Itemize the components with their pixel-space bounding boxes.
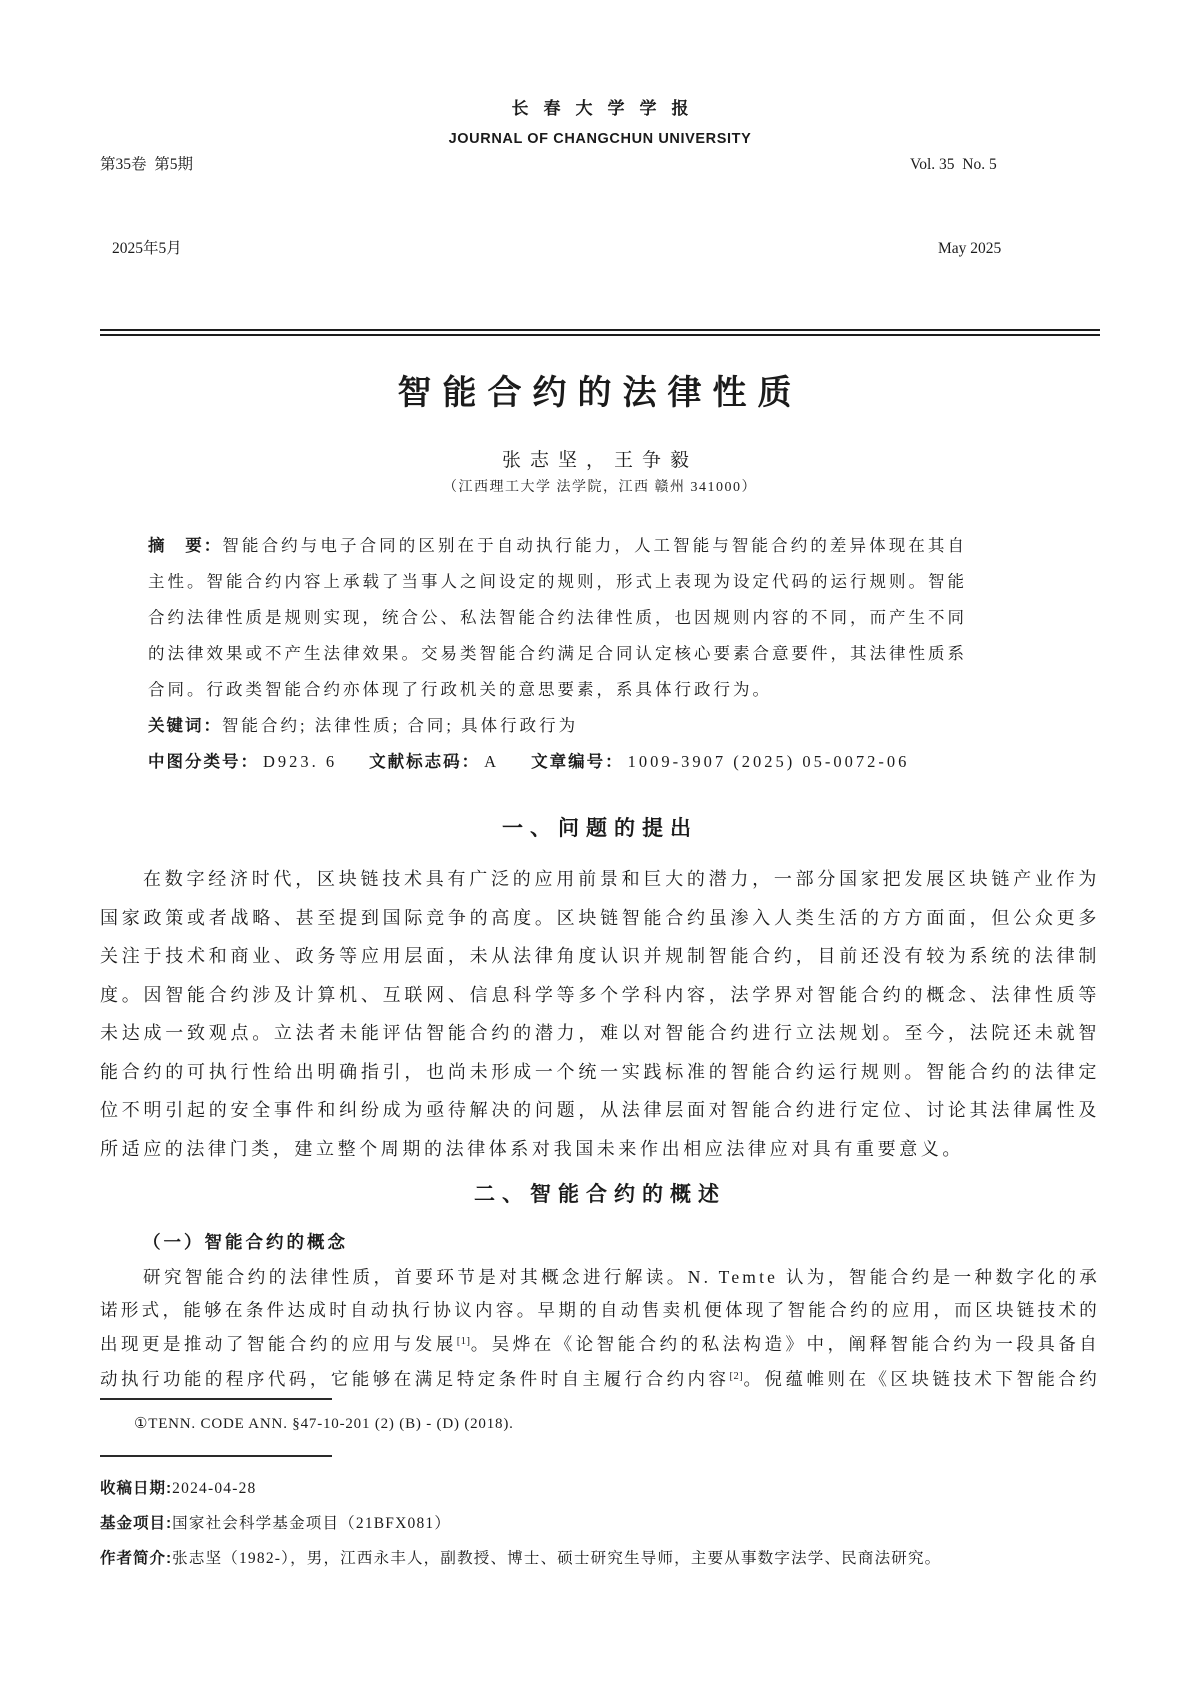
article-affiliation: （江西理工大学 法学院，江西 赣州 341000） xyxy=(100,478,1100,498)
fund-project-label: 基金项目: xyxy=(100,1515,172,1532)
page-footer: ①TENN. CODE ANN. §47-10-201 (2) (B) - (D… xyxy=(100,1398,1100,1576)
doc-code-label: 文献标志码： xyxy=(369,753,480,771)
author-notes: 收稿日期:2024-04-28 基金项目:国家社会科学基金项目（21BFX081… xyxy=(100,1471,1100,1576)
article-meta-line: 中图分类号：D923. 6文献标志码：A文章编号：1009-3907 (2025… xyxy=(148,744,967,780)
abstract-paragraph: 摘 要：智能合约与电子合同的区别在于自动执行能力，人工智能与智能合约的差异体现在… xyxy=(148,528,967,708)
doc-code-value: A xyxy=(484,752,499,771)
received-date-value: 2024-04-28 xyxy=(172,1480,256,1497)
keywords-text: 智能合约; 法律性质; 合同; 具体行政行为 xyxy=(222,716,578,735)
page-content: 第35卷 第5期 2025年5月 长春大学学报 JOURNAL OF CHANG… xyxy=(0,0,1200,1497)
keywords-line: 关键词：智能合约; 法律性质; 合同; 具体行政行为 xyxy=(148,708,967,744)
footnote: ①TENN. CODE ANN. §47-10-201 (2) (B) - (D… xyxy=(100,1414,1100,1433)
header-divider xyxy=(100,329,1100,336)
author-bio-value: 张志坚（1982-），男，江西永丰人，副教授、博士、硕士研究生导师，主要从事数字… xyxy=(172,1550,941,1567)
received-date-label: 收稿日期: xyxy=(100,1480,172,1497)
keywords-label: 关键词： xyxy=(148,717,222,735)
journal-title-block: 长春大学学报 JOURNAL OF CHANGCHUN UNIVERSITY xyxy=(449,95,752,153)
abstract-block: 摘 要：智能合约与电子合同的区别在于自动执行能力，人工智能与智能合约的差异体现在… xyxy=(148,528,967,780)
abstract-label: 摘 要： xyxy=(148,537,222,555)
journal-title-en: JOURNAL OF CHANGCHUN UNIVERSITY xyxy=(449,125,752,153)
section-2-subheading: （一）智能合约的概念 xyxy=(100,1226,1100,1258)
section-1-heading: 一、问题的提出 xyxy=(100,814,1100,844)
journal-page: 第35卷 第5期 2025年5月 长春大学学报 JOURNAL OF CHANG… xyxy=(0,0,1200,1696)
received-date-note: 收稿日期:2024-04-28 xyxy=(100,1471,1100,1506)
issue-date-en: May 2025 xyxy=(910,235,1100,263)
author-bio-note: 作者简介:张志坚（1982-），男，江西永丰人，副教授、博士、硕士研究生导师，主… xyxy=(100,1541,1100,1576)
journal-running-head: 第35卷 第5期 2025年5月 长春大学学报 JOURNAL OF CHANG… xyxy=(100,95,1100,319)
issue-date-cn: 2025年5月 xyxy=(100,235,290,263)
journal-title-cn: 长春大学学报 xyxy=(449,95,752,123)
article-id-value: 1009-3907 (2025) 05-0072-06 xyxy=(628,752,910,771)
section-2-heading: 二、智能合约的概述 xyxy=(100,1180,1100,1210)
footnote-divider xyxy=(100,1398,332,1400)
fund-project-note: 基金项目:国家社会科学基金项目（21BFX081） xyxy=(100,1506,1100,1541)
article-title: 智能合约的法律性质 xyxy=(100,372,1100,414)
clc-value: D923. 6 xyxy=(263,752,337,771)
abstract-text: 智能合约与电子合同的区别在于自动执行能力，人工智能与智能合约的差异体现在其自主性… xyxy=(148,536,967,699)
section-1-paragraph: 在数字经济时代，区块链技术具有广泛的应用前景和巨大的潜力，一部分国家把发展区块链… xyxy=(100,860,1100,1168)
volume-issue-en: Vol. 35 No. 5 xyxy=(910,151,1100,179)
author-bio-label: 作者简介: xyxy=(100,1550,172,1567)
article-authors: 张志坚，王争毅 xyxy=(100,448,1100,473)
clc-label: 中图分类号： xyxy=(148,753,259,771)
volume-issue-block-en: Vol. 35 No. 5 May 2025 xyxy=(910,95,1100,319)
article-id-label: 文章编号： xyxy=(531,753,624,771)
volume-issue-cn: 第35卷 第5期 xyxy=(100,151,290,179)
notes-divider xyxy=(100,1455,332,1457)
fund-project-value: 国家社会科学基金项目（21BFX081） xyxy=(172,1515,451,1532)
volume-issue-block-cn: 第35卷 第5期 2025年5月 xyxy=(100,95,290,319)
